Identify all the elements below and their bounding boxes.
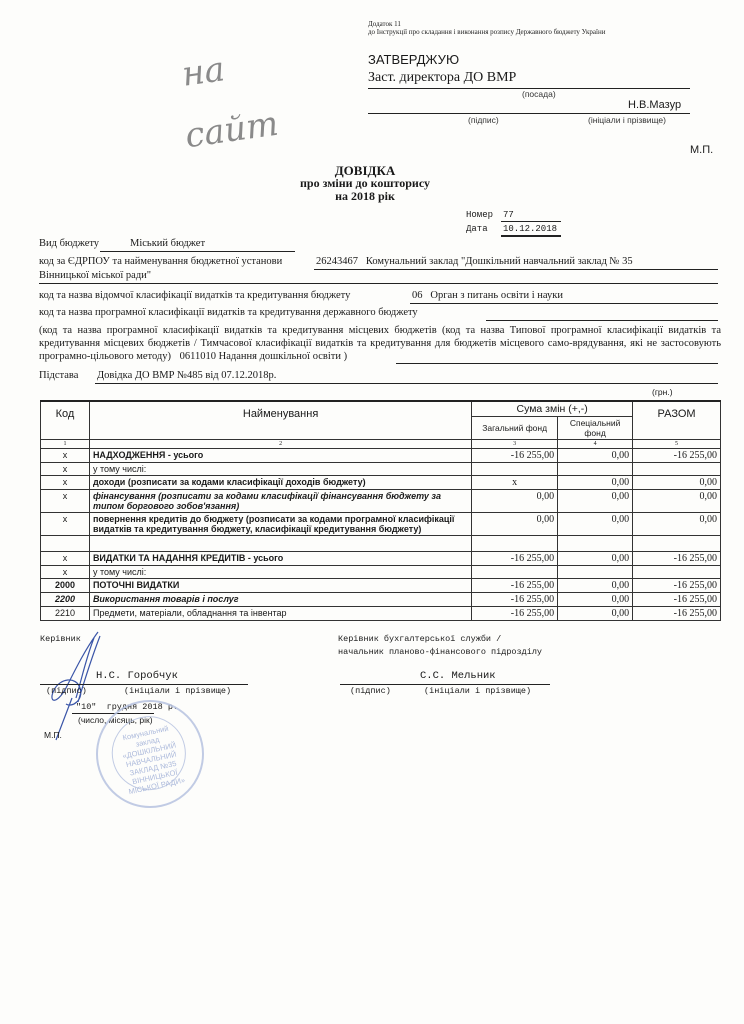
column-number: 2	[89, 440, 471, 449]
head-name: Н.С. Горобчук	[96, 670, 178, 682]
code-cell: 2000	[41, 579, 90, 593]
total-cell	[633, 566, 721, 579]
total-cell: 0,00	[633, 490, 721, 513]
departmental-label: код та назва відомчої класифікації видат…	[39, 290, 350, 301]
name-cell: Використання товарів і послуг	[89, 593, 471, 607]
date-value: 10.12.2018	[503, 224, 557, 234]
name-cell: доходи (розписати за кодами класифікації…	[89, 476, 471, 490]
edrpou-underline-1	[314, 269, 718, 270]
total-cell	[633, 536, 721, 552]
general-fund-cell: -16 255,00	[472, 593, 558, 607]
edrpou-label: код за ЄДРПОУ та найменування бюджетної …	[39, 256, 282, 267]
name-cell: НАДХОДЖЕННЯ - усього	[89, 449, 471, 463]
date-underline	[501, 235, 561, 237]
total-cell	[633, 463, 721, 476]
local-program-underline	[396, 363, 718, 364]
special-fund-cell: 0,00	[558, 552, 633, 566]
code-cell	[41, 536, 90, 552]
special-fund-cell: 0,00	[558, 607, 633, 621]
name-caption: (ініціали і прізвище)	[588, 115, 666, 125]
table-row	[41, 536, 721, 552]
code-cell: х	[41, 463, 90, 476]
special-fund-cell: 0,00	[558, 593, 633, 607]
document-title: ДОВІДКА про зміни до кошторису на 2018 р…	[260, 164, 470, 203]
table-row: ху тому числі:	[41, 463, 721, 476]
column-number: 3	[472, 440, 558, 449]
basis-value: Довідка ДО ВМР №485 від 07.12.2018р.	[97, 370, 276, 381]
local-program-description: (код та назва програмної класифікації ви…	[39, 325, 721, 362]
code-cell: 2200	[41, 593, 90, 607]
code-cell: 2210	[41, 607, 90, 621]
header-code: Код	[41, 401, 90, 440]
title-line-3: на 2018 рік	[260, 190, 470, 203]
general-fund-cell	[472, 536, 558, 552]
edrpou-value-1: 26243467 Комунальний заклад "Дошкільний …	[316, 256, 633, 267]
general-fund-cell: -16 255,00	[472, 607, 558, 621]
name-cell	[89, 536, 471, 552]
budget-changes-table: Код Найменування Сума змін (+,-) РАЗОМ З…	[40, 400, 721, 621]
header-special-fund: Спеціальний фонд	[558, 417, 633, 440]
basis-label: Підстава	[39, 370, 78, 381]
date-label: Дата	[466, 224, 488, 234]
edrpou-underline-2	[39, 283, 718, 284]
code-cell: х	[41, 513, 90, 536]
total-cell: -16 255,00	[633, 449, 721, 463]
stamp-text: Комунальнийзаклад«ДОШКІЛЬНИЙНАВЧАЛЬНИЙЗА…	[111, 721, 191, 797]
name-cell: у тому числі:	[89, 566, 471, 579]
budget-type-label: Вид бюджету	[39, 238, 99, 249]
accountant-name: С.С. Мельник	[420, 670, 496, 682]
basis-underline	[95, 383, 718, 384]
code-cell: х	[41, 490, 90, 513]
table-row: хВИДАТКИ ТА НАДАННЯ КРЕДИТІВ - усього-16…	[41, 552, 721, 566]
departmental-underline	[410, 303, 718, 304]
code-cell: х	[41, 566, 90, 579]
table-row: хдоходи (розписати за кодами класифікаці…	[41, 476, 721, 490]
special-fund-cell	[558, 463, 633, 476]
general-fund-cell: -16 255,00	[472, 579, 558, 593]
table-row: ху тому числі:	[41, 566, 721, 579]
edrpou-value-2: Вінницької міської ради"	[39, 270, 151, 281]
column-number: 1	[41, 440, 90, 449]
name-cell: фінансування (розписати за кодами класиф…	[89, 490, 471, 513]
approval-position: Заст. директора ДО ВМР	[368, 70, 516, 86]
currency-note: (грн.)	[652, 387, 673, 397]
header-total: РАЗОМ	[633, 401, 721, 440]
general-fund-cell	[472, 463, 558, 476]
head-name-caption: (ініціали і прізвище)	[124, 686, 231, 696]
total-cell: -16 255,00	[633, 552, 721, 566]
head-underline	[40, 684, 248, 685]
code-cell: х	[41, 476, 90, 490]
code-cell: х	[41, 449, 90, 463]
accountant-name-caption: (ініціали і прізвище)	[424, 686, 531, 696]
table-row: хфінансування (розписати за кодами класи…	[41, 490, 721, 513]
table-row: 2200Використання товарів і послуг-16 255…	[41, 593, 721, 607]
special-fund-cell	[558, 536, 633, 552]
local-program-text: (код та назва програмної класифікації ви…	[39, 324, 721, 363]
budget-type-value: Міський бюджет	[130, 238, 205, 249]
special-fund-cell: 0,00	[558, 513, 633, 536]
table-row: 2210Предмети, матеріали, обладнання та і…	[41, 607, 721, 621]
general-fund-cell: -16 255,00	[472, 449, 558, 463]
name-cell: Предмети, матеріали, обладнання та інвен…	[89, 607, 471, 621]
general-fund-cell	[472, 566, 558, 579]
special-fund-cell: 0,00	[558, 476, 633, 490]
name-cell: у тому числі:	[89, 463, 471, 476]
number-underline	[501, 221, 561, 222]
accountant-label-2: начальник планово-фінансового підрозділу	[338, 647, 542, 657]
departmental-value: 06 Орган з питань освіти і науки	[412, 290, 563, 301]
special-fund-cell: 0,00	[558, 449, 633, 463]
special-fund-cell	[558, 566, 633, 579]
code-cell: х	[41, 552, 90, 566]
number-value: 77	[503, 210, 514, 220]
total-cell: -16 255,00	[633, 593, 721, 607]
accountant-underline	[340, 684, 550, 685]
table-row: хповернення кредитів до бюджету (розписа…	[41, 513, 721, 536]
approval-seal: М.П.	[690, 144, 713, 156]
number-label: Номер	[466, 210, 493, 220]
general-fund-cell: -16 255,00	[472, 552, 558, 566]
local-program-value: 0611010 Надання дошкільної освіти )	[180, 351, 347, 362]
special-fund-cell: 0,00	[558, 579, 633, 593]
general-fund-cell: 0,00	[472, 490, 558, 513]
column-number: 4	[558, 440, 633, 449]
accountant-signature-caption: (підпис)	[350, 686, 391, 696]
appendix-note: Додаток 11 до Інструкції про складання і…	[368, 20, 605, 36]
total-cell: -16 255,00	[633, 579, 721, 593]
appendix-line-2: до Інструкції про складання і виконання …	[368, 28, 605, 36]
approver-name: Н.В.Мазур	[628, 99, 681, 111]
handwritten-note-2: сайт	[183, 104, 281, 157]
signature-caption: (підпис)	[468, 115, 499, 125]
special-fund-cell: 0,00	[558, 490, 633, 513]
general-fund-cell: х	[472, 476, 558, 490]
handwritten-note-1: на	[179, 49, 227, 95]
signature-underline	[368, 113, 690, 114]
name-cell: ВИДАТКИ ТА НАДАННЯ КРЕДИТІВ - усього	[89, 552, 471, 566]
name-cell: ПОТОЧНІ ВИДАТКИ	[89, 579, 471, 593]
header-sum-changes: Сума змін (+,-)	[472, 401, 633, 417]
column-number: 5	[633, 440, 721, 449]
state-program-underline	[486, 320, 718, 321]
table-row: хНАДХОДЖЕННЯ - усього-16 255,000,00-16 2…	[41, 449, 721, 463]
total-cell: -16 255,00	[633, 607, 721, 621]
budget-type-underline	[100, 251, 295, 252]
total-cell: 0,00	[633, 513, 721, 536]
sign-seal: М.П.	[44, 730, 62, 740]
general-fund-cell: 0,00	[472, 513, 558, 536]
approval-heading: ЗАТВЕРДЖУЮ	[368, 52, 459, 67]
total-cell: 0,00	[633, 476, 721, 490]
head-signature-caption: (підпис)	[46, 686, 87, 696]
state-program-label: код та назва програмної класифікації вид…	[39, 307, 418, 318]
accountant-label-1: Керівник бухгалтерської служби /	[338, 634, 501, 644]
position-caption: (посада)	[522, 89, 556, 99]
name-cell: повернення кредитів до бюджету (розписат…	[89, 513, 471, 536]
table-row: 2000ПОТОЧНІ ВИДАТКИ-16 255,000,00-16 255…	[41, 579, 721, 593]
appendix-line-1: Додаток 11	[368, 20, 605, 28]
header-general-fund: Загальний фонд	[472, 417, 558, 440]
header-name: Найменування	[89, 401, 471, 440]
